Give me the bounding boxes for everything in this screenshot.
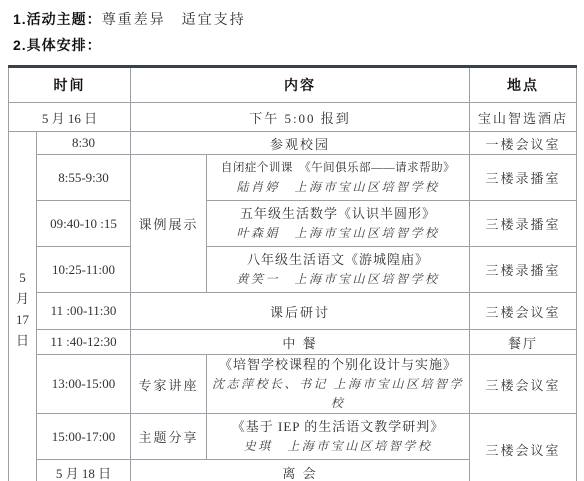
table-row-1140: 11 :40-12:30 中 餐 餐厅 <box>9 330 577 355</box>
cell-location-hotel: 宝山智选酒店 <box>470 103 577 132</box>
cell-content-seminar: 课后研讨 <box>131 293 470 330</box>
table-row-1100: 11 :00-11:30 课后研讨 三楼会议室 <box>9 293 577 330</box>
lesson-presenter: 叶森娟 上海市宝山区培智学校 <box>207 224 469 243</box>
document-page: 1.活动主题：尊重差异 适宜支持 2.具体安排： 时间 内容 地点 5 月 16… <box>0 0 584 481</box>
heading-schedule-label: 2.具体安排： <box>13 37 102 53</box>
cell-category-lesson-demo: 课例展示 <box>131 155 207 293</box>
lecture-presenter: 沈志萍校长、书记 上海市宝山区培智学校 <box>207 375 469 413</box>
cell-time-1300: 13:00-15:00 <box>37 355 131 414</box>
cell-date-may16: 5 月 16 日 <box>9 103 131 132</box>
cell-date-may17-vertical: 5 月 17 日 <box>9 132 37 481</box>
table-row-830: 5 月 17 日 8:30 参观校园 一楼会议室 <box>9 132 577 155</box>
cell-location-recording-room-3: 三楼录播室 <box>470 247 577 293</box>
date-may17-line: 日 <box>9 330 36 351</box>
cell-content-lesson-math: 五年级生活数学《认识半圆形》 叶森娟 上海市宝山区培智学校 <box>207 201 470 247</box>
cell-location-3f-meeting-1: 三楼会议室 <box>470 293 577 330</box>
cell-location-recording-room-2: 三楼录播室 <box>470 201 577 247</box>
table-row-940: 09:40-10 :15 五年级生活数学《认识半圆形》 叶森娟 上海市宝山区培智… <box>9 201 577 247</box>
cell-time-940: 09:40-10 :15 <box>37 201 131 247</box>
header-time: 时间 <box>9 67 131 103</box>
document-headings: 1.活动主题：尊重差异 适宜支持 2.具体安排： <box>0 0 584 59</box>
date-may17-line: 17 <box>9 309 36 330</box>
header-location: 地点 <box>470 67 577 103</box>
cell-content-lunch: 中 餐 <box>131 330 470 355</box>
sharing-title: 《基于 IEP 的生活语文教学研判》 <box>207 417 469 437</box>
heading-schedule: 2.具体安排： <box>13 33 584 59</box>
cell-content-sharing: 《基于 IEP 的生活语文教学研判》 史琪 上海市宝山区培智学校 <box>207 414 470 460</box>
cell-content-campus-tour: 参观校园 <box>131 132 470 155</box>
cell-location-recording-room-1: 三楼录播室 <box>470 155 577 201</box>
date-may17-line: 月 <box>9 288 36 309</box>
schedule-table: 时间 内容 地点 5 月 16 日 下午 5:00 报到 宝山智选酒店 5 月 … <box>8 65 577 481</box>
cell-time-830: 8:30 <box>37 132 131 155</box>
lesson-presenter: 黄笑一 上海市宝山区培智学校 <box>207 270 469 289</box>
sharing-presenter: 史琪 上海市宝山区培智学校 <box>207 437 469 456</box>
table-row-1300: 13:00-15:00 专家讲座 《培智学校课程的个别化设计与实施》 沈志萍校长… <box>9 355 577 414</box>
cell-date-may18: 5 月 18 日 <box>37 460 131 481</box>
cell-location-dining-hall: 餐厅 <box>470 330 577 355</box>
heading-activity-theme: 1.活动主题：尊重差异 适宜支持 <box>13 7 584 33</box>
cell-time-1500: 15:00-17:00 <box>37 414 131 460</box>
table-row-855: 8:55-9:30 课例展示 自闭症个训课 《午间俱乐部——请求帮助》 陆肖婷 … <box>9 155 577 201</box>
cell-category-theme-sharing: 主题分享 <box>131 414 207 460</box>
cell-content-checkin: 下午 5:00 报到 <box>131 103 470 132</box>
cell-time-1025: 10:25-11:00 <box>37 247 131 293</box>
lesson-title: 五年级生活数学《认识半圆形》 <box>207 204 469 224</box>
cell-category-expert-lecture: 专家讲座 <box>131 355 207 414</box>
heading-activity-theme-label: 1.活动主题： <box>13 11 102 27</box>
cell-time-855: 8:55-9:30 <box>37 155 131 201</box>
lecture-title: 《培智学校课程的个别化设计与实施》 <box>207 355 469 375</box>
cell-location-1f-meeting: 一楼会议室 <box>470 132 577 155</box>
lesson-title: 自闭症个训课 《午间俱乐部——请求帮助》 <box>207 158 469 178</box>
cell-time-1100: 11 :00-11:30 <box>37 293 131 330</box>
table-row-1025: 10:25-11:00 八年级生活语文《游城隍庙》 黄笑一 上海市宝山区培智学校… <box>9 247 577 293</box>
cell-location-3f-meeting-3: 三楼会议室 <box>470 414 577 481</box>
cell-location-3f-meeting-2: 三楼会议室 <box>470 355 577 414</box>
date-may17-line: 5 <box>9 267 36 288</box>
lesson-presenter: 陆肖婷 上海市宝山区培智学校 <box>207 178 469 197</box>
cell-content-departure: 离 会 <box>131 460 470 481</box>
table-row-1500: 15:00-17:00 主题分享 《基于 IEP 的生活语文教学研判》 史琪 上… <box>9 414 577 460</box>
table-header-row: 时间 内容 地点 <box>9 67 577 103</box>
cell-content-lesson-chinese: 八年级生活语文《游城隍庙》 黄笑一 上海市宝山区培智学校 <box>207 247 470 293</box>
cell-content-lecture: 《培智学校课程的个别化设计与实施》 沈志萍校长、书记 上海市宝山区培智学校 <box>207 355 470 414</box>
cell-content-lesson-autism: 自闭症个训课 《午间俱乐部——请求帮助》 陆肖婷 上海市宝山区培智学校 <box>207 155 470 201</box>
table-row-may16: 5 月 16 日 下午 5:00 报到 宝山智选酒店 <box>9 103 577 132</box>
heading-activity-theme-value: 尊重差异 适宜支持 <box>102 13 246 28</box>
lesson-title: 八年级生活语文《游城隍庙》 <box>207 250 469 270</box>
cell-time-1140: 11 :40-12:30 <box>37 330 131 355</box>
header-content: 内容 <box>131 67 470 103</box>
